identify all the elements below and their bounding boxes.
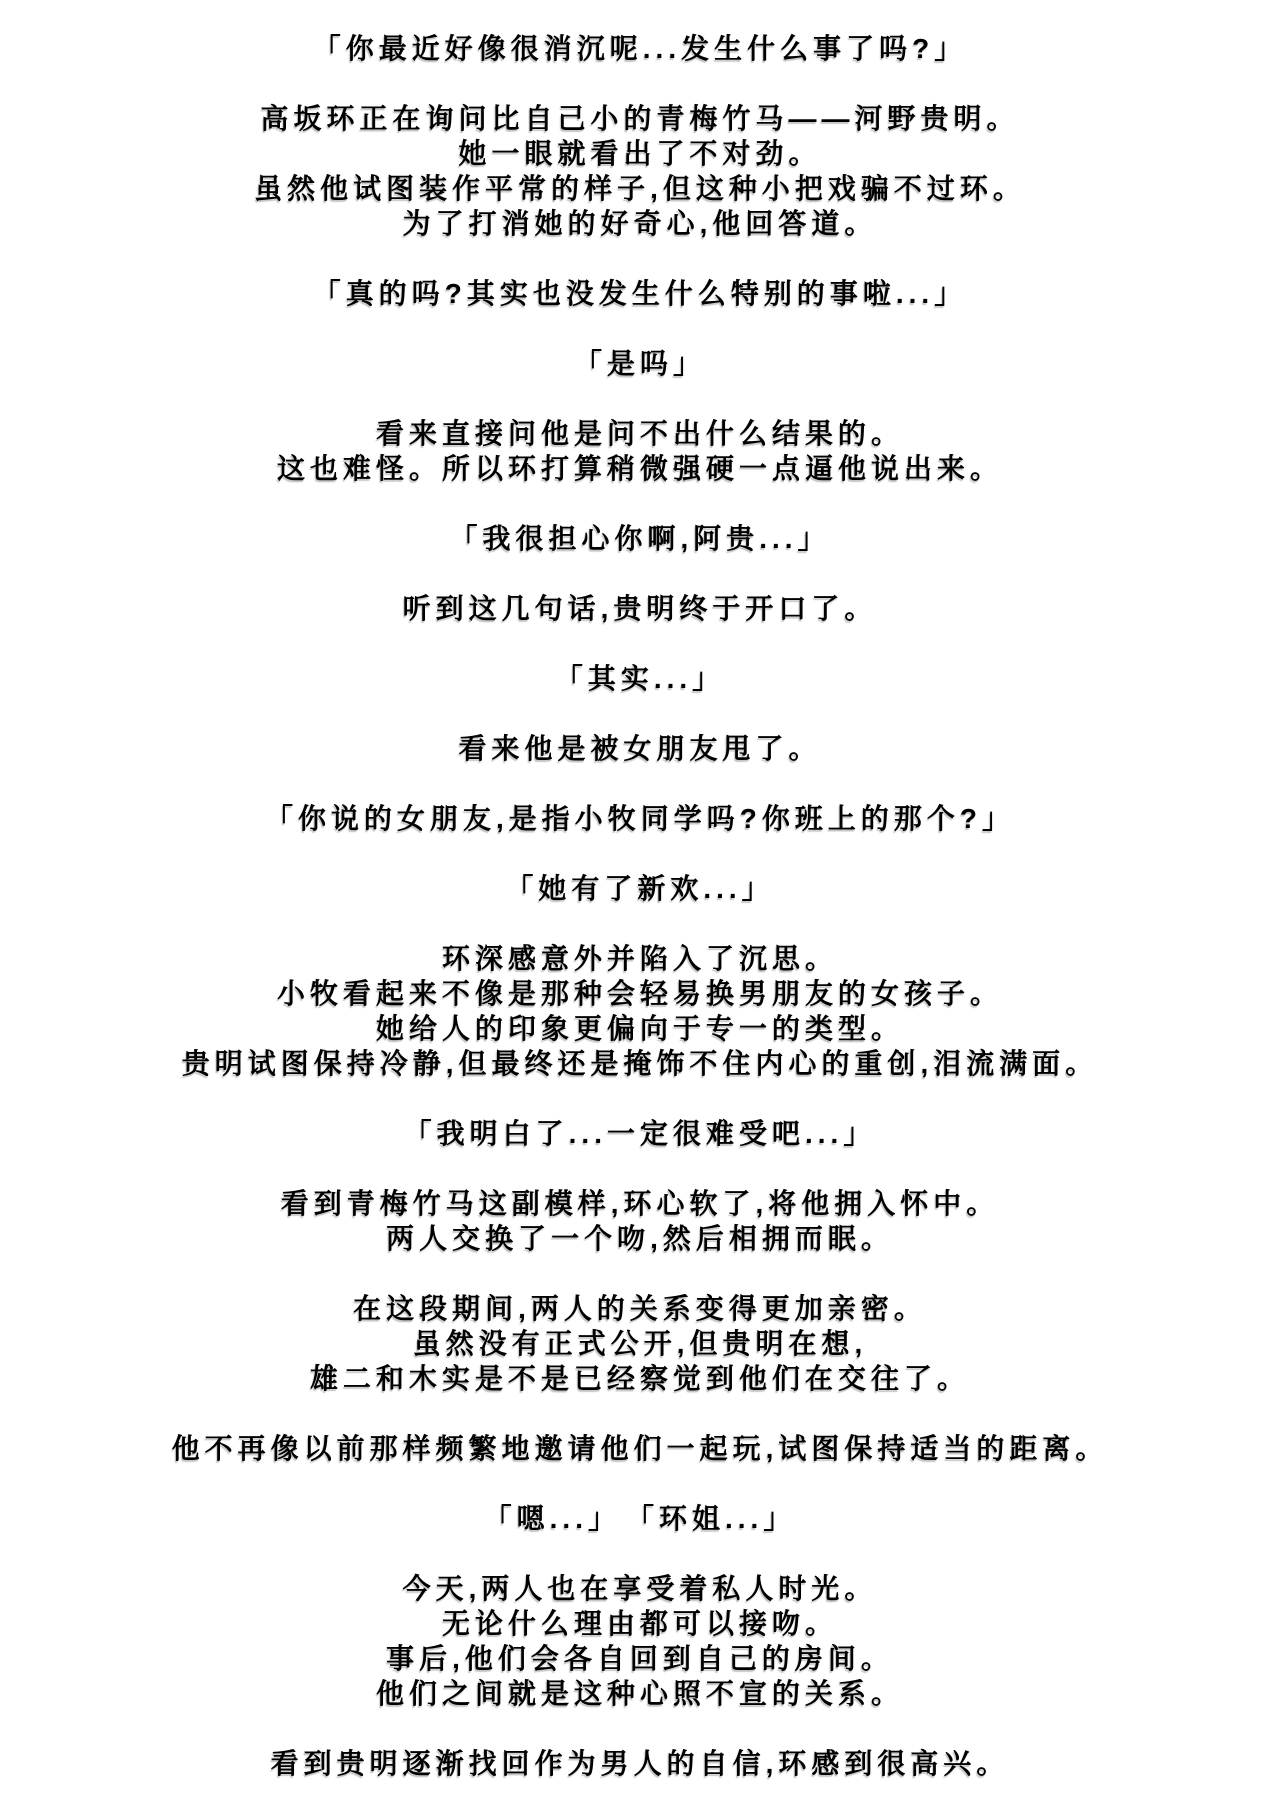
paragraph: 「她有了新欢...」 bbox=[0, 871, 1280, 906]
dialogue-line: 「真的吗?其实也没发生什么特别的事啦...」 bbox=[0, 276, 1280, 311]
paragraph: 看到贵明逐渐找回作为男人的自信,环感到很高兴。 bbox=[0, 1746, 1280, 1781]
narration-line: 他们之间就是这种心照不宣的关系。 bbox=[0, 1676, 1280, 1711]
paragraph: 「嗯...」 「环姐...」 bbox=[0, 1501, 1280, 1536]
narration-line: 她给人的印象更偏向于专一的类型。 bbox=[0, 1011, 1280, 1046]
paragraph: 「真的吗?其实也没发生什么特别的事啦...」 bbox=[0, 276, 1280, 311]
narration-line: 看到青梅竹马这副模样,环心软了,将他拥入怀中。 bbox=[0, 1186, 1280, 1221]
paragraph: 他不再像以前那样频繁地邀请他们一起玩,试图保持适当的距离。 bbox=[0, 1431, 1280, 1466]
narration-line: 雄二和木实是不是已经察觉到他们在交往了。 bbox=[0, 1361, 1280, 1396]
paragraph: 看来他是被女朋友甩了。 bbox=[0, 731, 1280, 766]
paragraph: 高坂环正在询问比自己小的青梅竹马——河野贵明。 她一眼就看出了不对劲。 虽然他试… bbox=[0, 101, 1280, 241]
paragraph: 看来直接问他是问不出什么结果的。 这也难怪。所以环打算稍微强硬一点逼他说出来。 bbox=[0, 416, 1280, 486]
dialogue-line: 「其实...」 bbox=[0, 661, 1280, 696]
paragraph: 「你最近好像很消沉呢...发生什么事了吗?」 bbox=[0, 31, 1280, 66]
paragraph: 听到这几句话,贵明终于开口了。 bbox=[0, 591, 1280, 626]
paragraph: 今天,两人也在享受着私人时光。 无论什么理由都可以接吻。 事后,他们会各自回到自… bbox=[0, 1571, 1280, 1711]
narration-line: 环深感意外并陷入了沉思。 bbox=[0, 941, 1280, 976]
narration-line: 为了打消她的好奇心,他回答道。 bbox=[0, 206, 1280, 241]
narration-line: 他不再像以前那样频繁地邀请他们一起玩,试图保持适当的距离。 bbox=[0, 1431, 1280, 1466]
narration-line: 两人交换了一个吻,然后相拥而眠。 bbox=[0, 1221, 1280, 1256]
narration-line: 今天,两人也在享受着私人时光。 bbox=[0, 1571, 1280, 1606]
dialogue-line: 「是吗」 bbox=[0, 346, 1280, 381]
narration-line: 听到这几句话,贵明终于开口了。 bbox=[0, 591, 1280, 626]
paragraph: 「我明白了...一定很难受吧...」 bbox=[0, 1116, 1280, 1151]
narration-line: 在这段期间,两人的关系变得更加亲密。 bbox=[0, 1291, 1280, 1326]
dialogue-line: 「她有了新欢...」 bbox=[0, 871, 1280, 906]
narration-line: 她一眼就看出了不对劲。 bbox=[0, 136, 1280, 171]
narration-line: 无论什么理由都可以接吻。 bbox=[0, 1606, 1280, 1641]
narration-line: 小牧看起来不像是那种会轻易换男朋友的女孩子。 bbox=[0, 976, 1280, 1011]
narration-line: 贵明试图保持冷静,但最终还是掩饰不住内心的重创,泪流满面。 bbox=[0, 1046, 1280, 1081]
narration-line: 虽然他试图装作平常的样子,但这种小把戏骗不过环。 bbox=[0, 171, 1280, 206]
narration-line: 事后,他们会各自回到自己的房间。 bbox=[0, 1641, 1280, 1676]
text-page: 「你最近好像很消沉呢...发生什么事了吗?」 高坂环正在询问比自己小的青梅竹马—… bbox=[0, 0, 1280, 1810]
paragraph: 环深感意外并陷入了沉思。 小牧看起来不像是那种会轻易换男朋友的女孩子。 她给人的… bbox=[0, 941, 1280, 1081]
narration-line: 高坂环正在询问比自己小的青梅竹马——河野贵明。 bbox=[0, 101, 1280, 136]
dialogue-line: 「我明白了...一定很难受吧...」 bbox=[0, 1116, 1280, 1151]
paragraph: 看到青梅竹马这副模样,环心软了,将他拥入怀中。 两人交换了一个吻,然后相拥而眠。 bbox=[0, 1186, 1280, 1256]
paragraph: 「我很担心你啊,阿贵...」 bbox=[0, 521, 1280, 556]
paragraph: 「其实...」 bbox=[0, 661, 1280, 696]
paragraph: 「你说的女朋友,是指小牧同学吗?你班上的那个?」 bbox=[0, 801, 1280, 836]
narration-line: 虽然没有正式公开,但贵明在想, bbox=[0, 1326, 1280, 1361]
paragraph: 在这段期间,两人的关系变得更加亲密。 虽然没有正式公开,但贵明在想, 雄二和木实… bbox=[0, 1291, 1280, 1396]
dialogue-line: 「你最近好像很消沉呢...发生什么事了吗?」 bbox=[0, 31, 1280, 66]
dialogue-line: 「你说的女朋友,是指小牧同学吗?你班上的那个?」 bbox=[0, 801, 1280, 836]
dialogue-line: 「嗯...」 「环姐...」 bbox=[0, 1501, 1280, 1536]
narration-line: 看来直接问他是问不出什么结果的。 bbox=[0, 416, 1280, 451]
narration-line: 这也难怪。所以环打算稍微强硬一点逼他说出来。 bbox=[0, 451, 1280, 486]
dialogue-line: 「我很担心你啊,阿贵...」 bbox=[0, 521, 1280, 556]
narration-line: 看来他是被女朋友甩了。 bbox=[0, 731, 1280, 766]
narration-line: 看到贵明逐渐找回作为男人的自信,环感到很高兴。 bbox=[0, 1746, 1280, 1781]
paragraph: 「是吗」 bbox=[0, 346, 1280, 381]
